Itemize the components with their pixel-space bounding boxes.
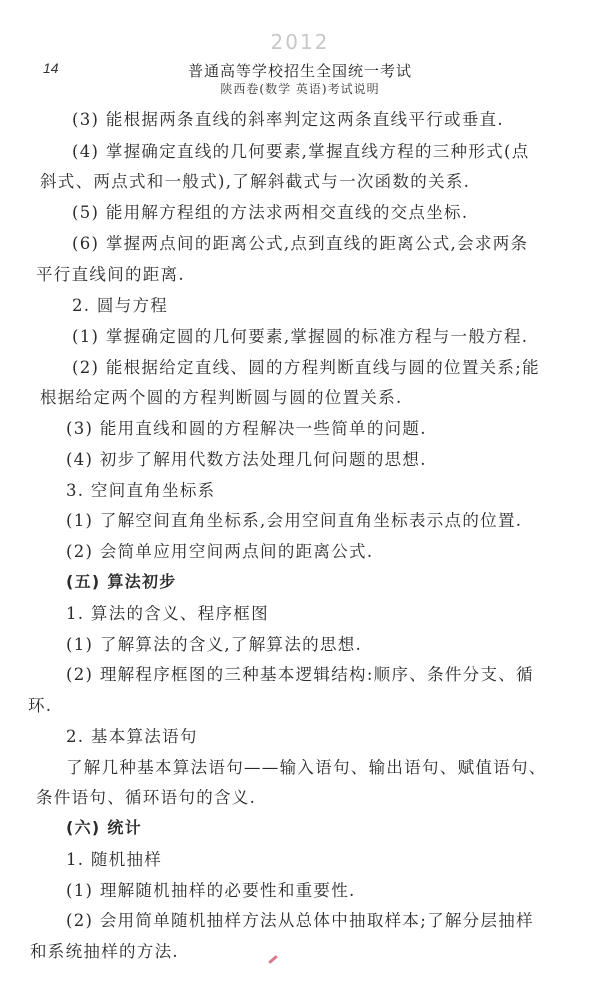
text-line: (2) 会简单应用空间两点间的距离公式.: [66, 538, 373, 562]
text-line: (4) 初步了解用代数方法处理几何问题的思想.: [66, 446, 427, 470]
text-line: 条件语句、循环语句的含义.: [36, 784, 256, 808]
text-line: 环.: [28, 692, 52, 716]
page-title: 普通高等学校招生全国统一考试: [0, 60, 600, 81]
text-line: (3) 能用直线和圆的方程解决一些简单的问题.: [66, 415, 427, 439]
text-line: (5) 能用解方程组的方法求两相交直线的交点坐标.: [72, 199, 468, 223]
chapter-heading: (六) 统计: [66, 815, 142, 838]
text-line: (1) 掌握确定圆的几何要素,掌握圆的标准方程与一般方程.: [72, 323, 528, 347]
text-line: (3) 能根据两条直线的斜率判定这两条直线平行或垂直.: [72, 106, 504, 130]
section-heading: 3. 空间直角坐标系: [66, 477, 216, 501]
section-heading: 2. 圆与方程: [72, 292, 168, 316]
section-heading: 1. 随机抽样: [66, 846, 162, 870]
text-line: (2) 理解程序框图的三种基本逻辑结构:顺序、条件分支、循: [66, 661, 534, 685]
text-line: (2) 能根据给定直线、圆的方程判断直线与圆的位置关系;能: [72, 354, 540, 378]
text-line: (1) 理解随机抽样的必要性和重要性.: [66, 877, 356, 901]
text-line: (1) 了解算法的含义,了解算法的思想.: [66, 631, 362, 655]
text-line: 平行直线间的距离.: [36, 261, 185, 285]
pen-mark: [268, 955, 278, 964]
section-heading: 2. 基本算法语句: [66, 723, 198, 747]
text-line: 根据给定两个圆的方程判断圆与圆的位置关系.: [40, 384, 403, 408]
page-subtitle: 陕西卷(数学 英语)考试说明: [0, 80, 600, 97]
text-line: (4) 掌握确定直线的几何要素,掌握直线方程的三种形式(点: [72, 138, 530, 162]
chapter-heading: (五) 算法初步: [66, 569, 177, 592]
section-heading: 1. 算法的含义、程序框图: [66, 600, 269, 624]
text-line: (6) 掌握两点间的距离公式,点到直线的距离公式,会求两条: [72, 230, 528, 254]
text-line: 了解几种基本算法语句——输入语句、输出语句、赋值语句、: [66, 754, 547, 778]
text-line: 斜式、两点式和一般式),了解斜截式与一次函数的关系.: [40, 168, 470, 192]
year-stamp: 2012: [0, 30, 600, 54]
text-line: 和系统抽样的方法.: [30, 938, 179, 962]
text-line: (2) 会用简单随机抽样方法从总体中抽取样本;了解分层抽样: [66, 907, 534, 931]
text-line: (1) 了解空间直角坐标系,会用空间直角坐标表示点的位置.: [66, 507, 522, 531]
